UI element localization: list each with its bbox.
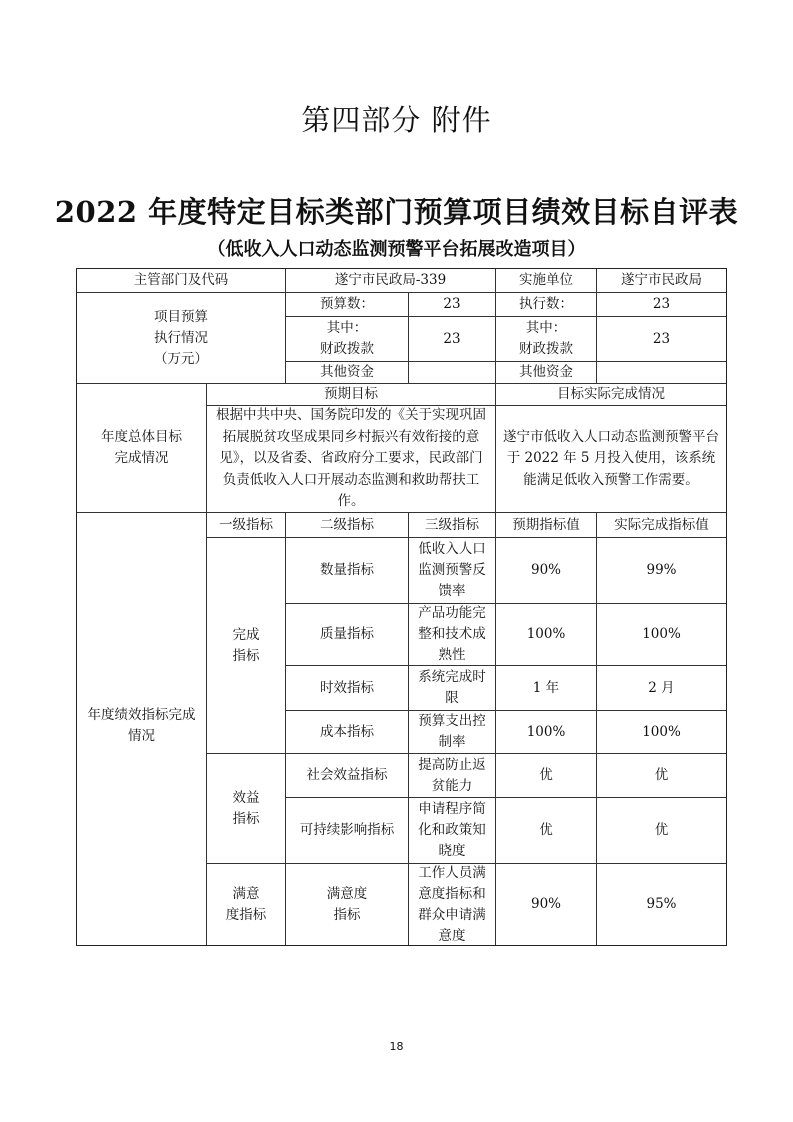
impl-value: 遂宁市民政局 bbox=[596, 268, 727, 293]
exec-amount-label: 执行数： bbox=[495, 292, 597, 317]
row-4-level3: 提高防止返贫能力 bbox=[408, 753, 496, 798]
indicators-label: 年度绩效指标完成 情况 bbox=[88, 705, 196, 747]
level1-satisfaction: 满意 度指标 bbox=[206, 863, 286, 946]
row-3-level3: 预算支出控制率 bbox=[408, 710, 496, 754]
other-label-exec: 其他资金 bbox=[495, 361, 597, 384]
actual-goal-text: 遂宁市低收入人口动态监测预警平台于 2022 年 5 月投入使用，该系统能满足低… bbox=[495, 405, 727, 513]
other-value-exec bbox=[596, 361, 727, 384]
row-1-actual: 100% bbox=[596, 603, 727, 666]
dept-label: 主管部门及代码 bbox=[76, 268, 286, 293]
indicators-label-cell: 年度绩效指标完成 情况 bbox=[76, 512, 207, 946]
budget-label: 项目预算 执行情况 （万元） bbox=[76, 292, 286, 384]
row-6-actual: 95% bbox=[596, 863, 727, 946]
fiscal-label-budget: 其中： 财政拨款 bbox=[285, 316, 409, 362]
row-4-level2: 社会效益指标 bbox=[285, 753, 409, 798]
fiscal-value-exec: 23 bbox=[596, 316, 727, 362]
row-1-expected: 100% bbox=[495, 603, 597, 666]
header-level3: 三级指标 bbox=[408, 512, 496, 538]
header-level2: 二级指标 bbox=[285, 512, 409, 538]
row-2-expected: 1 年 bbox=[495, 665, 597, 711]
row-1-level3: 产品功能完整和技术成熟性 bbox=[408, 603, 496, 666]
level1-benefit: 效益 指标 bbox=[206, 753, 286, 864]
exec-amount-value: 23 bbox=[596, 292, 727, 317]
actual-goal-header: 目标实际完成情况 bbox=[495, 383, 727, 406]
expected-goal-text: 根据中共中央、国务院印发的《关于实现巩固拓展脱贫攻坚成果同乡村振兴有效衔接的意见… bbox=[206, 405, 496, 513]
part-title: 第四部分 附件 bbox=[0, 98, 793, 139]
main-title: 2022 年度特定目标类部门预算项目绩效目标自评表 bbox=[0, 190, 793, 231]
budget-amount-label: 预算数： bbox=[285, 292, 409, 317]
row-5-level2: 可持续影响指标 bbox=[285, 797, 409, 864]
row-4-expected: 优 bbox=[495, 753, 597, 798]
row-2-level3: 系统完成时限 bbox=[408, 665, 496, 711]
header-expected: 预期指标值 bbox=[495, 512, 597, 538]
row-6-level3: 工作人员满意度指标和群众申请满意度 bbox=[408, 863, 496, 946]
row-6-level2: 满意度 指标 bbox=[285, 863, 409, 946]
row-5-actual: 优 bbox=[596, 797, 727, 864]
row-6-expected: 90% bbox=[495, 863, 597, 946]
level1-completion: 完成 指标 bbox=[206, 537, 286, 754]
row-0-level3: 低收入人口监测预警反馈率 bbox=[408, 537, 496, 604]
overall-label: 年度总体目标 完成情况 bbox=[76, 383, 207, 513]
row-0-expected: 90% bbox=[495, 537, 597, 604]
row-3-actual: 100% bbox=[596, 710, 727, 754]
dept-value: 遂宁市民政局-339 bbox=[285, 268, 496, 293]
row-2-level2: 时效指标 bbox=[285, 665, 409, 711]
row-1-level2: 质量指标 bbox=[285, 603, 409, 666]
row-0-level2: 数量指标 bbox=[285, 537, 409, 604]
other-value-budget bbox=[408, 361, 496, 384]
budget-amount-value: 23 bbox=[408, 292, 496, 317]
fiscal-label-exec: 其中： 财政拨款 bbox=[495, 316, 597, 362]
header-actual: 实际完成指标值 bbox=[596, 512, 727, 538]
row-3-expected: 100% bbox=[495, 710, 597, 754]
row-5-expected: 优 bbox=[495, 797, 597, 864]
fiscal-value-budget: 23 bbox=[408, 316, 496, 362]
impl-label: 实施单位 bbox=[495, 268, 597, 293]
row-4-actual: 优 bbox=[596, 753, 727, 798]
row-2-actual: 2 月 bbox=[596, 665, 727, 711]
row-5-level3: 申请程序简化和政策知晓度 bbox=[408, 797, 496, 864]
sub-title: （低收入人口动态监测预警平台拓展改造项目） bbox=[0, 235, 793, 261]
other-label-budget: 其他资金 bbox=[285, 361, 409, 384]
expected-goal-header: 预期目标 bbox=[206, 383, 496, 406]
row-3-level2: 成本指标 bbox=[285, 710, 409, 754]
row-0-actual: 99% bbox=[596, 537, 727, 604]
header-level1: 一级指标 bbox=[206, 512, 286, 538]
page-number: 18 bbox=[0, 1040, 793, 1053]
